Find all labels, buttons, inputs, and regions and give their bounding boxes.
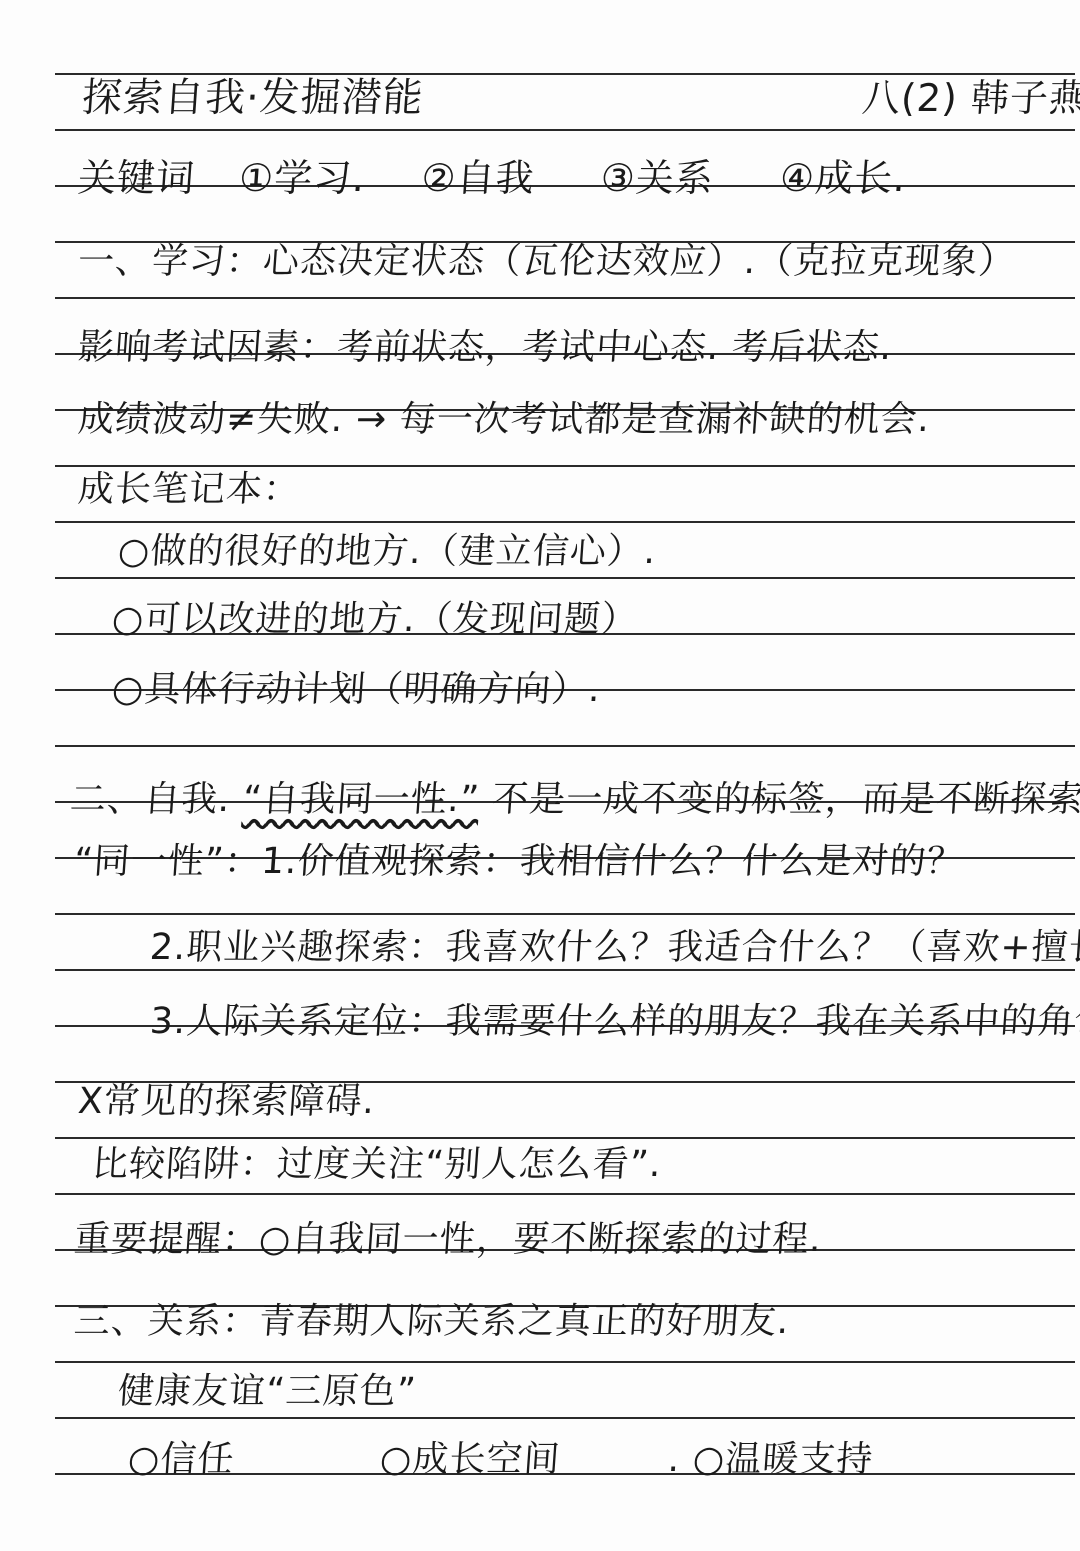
ruled-line	[55, 465, 1075, 467]
keyword-growth: ④成长.	[779, 156, 908, 200]
section3-heading: 三、关系：青春期人际关系之真正的好朋友.	[72, 1300, 791, 1344]
exam-factors: 影响考试因素：考前状态，考试中心态. 考后状态.	[76, 326, 893, 370]
notebook-title: 成长笔记本：	[76, 468, 301, 512]
ruled-line	[55, 1417, 1075, 1419]
notebook-item: ○可以改进的地方.（发现问题）	[110, 598, 639, 642]
notebook-item: ○具体行动计划（明确方向）.	[110, 668, 602, 712]
section2-heading-quote: “自我同一性.”	[242, 779, 482, 820]
page-title: 探索自我·发掘潜能	[80, 76, 425, 120]
section2-heading-prefix: 二、自我.	[69, 779, 232, 820]
ruled-line	[55, 1361, 1075, 1363]
ruled-line	[55, 297, 1075, 299]
ruled-line	[55, 913, 1075, 915]
keyword-self: ②自我	[420, 156, 536, 200]
friendship-principle-growth-space: ○成长空间	[378, 1438, 561, 1482]
keywords-row: 关键词 ①学习. ②自我 ③关系 ④成长.	[76, 156, 907, 200]
important-reminder: 重要提醒：○自我同一性，要不断探索的过程.	[72, 1218, 823, 1262]
friendship-principle-trust: ○信任	[126, 1438, 235, 1482]
ruled-line	[55, 521, 1075, 523]
comparison-trap: 比较陷阱：过度关注“别人怎么看”.	[90, 1143, 663, 1187]
class-and-name: 八(2) 韩子燕	[860, 76, 1080, 120]
score-fluctuation: 成绩波动≠失败. → 每一次考试都是查漏补缺的机会.	[76, 398, 931, 442]
notebook-page: 探索自我·发掘潜能 八(2) 韩子燕 关键词 ①学习. ②自我 ③关系 ④成长.…	[0, 0, 1080, 1551]
section2-heading: 二、自我. “自我同一性.” 不是一成不变的标签，而是不断探索的过程	[68, 778, 1080, 822]
keyword-relationship: ③关系	[599, 156, 715, 200]
section2-heading-rest: 不是一成不变的标签，而是不断探索的过程	[491, 779, 1080, 820]
ruled-line	[55, 129, 1075, 131]
ruled-line	[55, 1137, 1075, 1139]
ruled-line	[55, 1193, 1075, 1195]
ruled-line	[55, 745, 1075, 747]
career-interest: 2.职业兴趣探索：我喜欢什么？我适合什么？（喜欢+擅长）.	[148, 926, 1080, 970]
friendship-principle-warm-support: . ○温暖支持	[666, 1438, 874, 1482]
ruled-line	[55, 577, 1075, 579]
obstacles-title: X常见的探索障碍.	[76, 1080, 376, 1124]
notebook-item: ○做的很好的地方.（建立信心）.	[116, 530, 657, 574]
keywords-label: 关键词	[76, 156, 196, 200]
keyword-learning: ①学习.	[238, 156, 367, 200]
friendship-title: 健康友谊“三原色”	[116, 1370, 417, 1414]
section1-heading: 一、学习：心态决定状态（瓦伦达效应）.（克拉克现象）	[76, 240, 1017, 284]
identity-intro: “同一性”：1.价值观探索：我相信什么？什么是对的？	[72, 840, 965, 884]
relationship-position: 3.人际关系定位：我需要什么样的朋友？我在关系中的角色？.	[148, 1000, 1080, 1044]
